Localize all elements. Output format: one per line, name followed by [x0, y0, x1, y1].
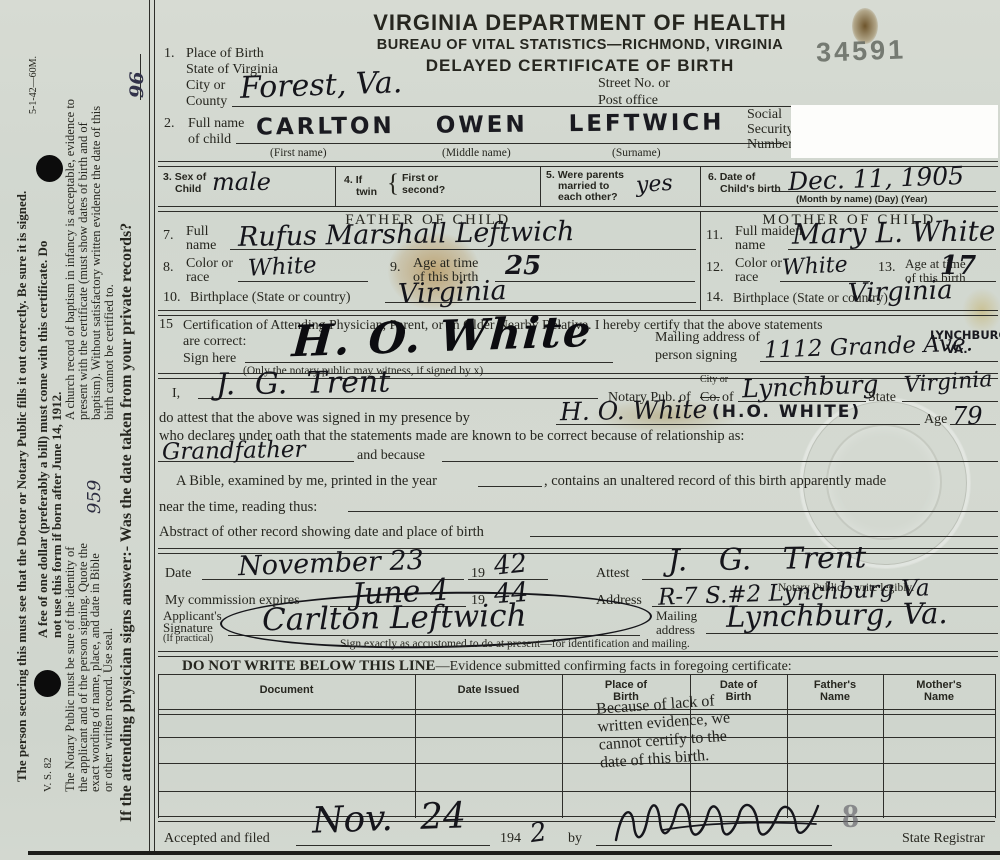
- s15-sign-here: Sign here: [183, 351, 236, 367]
- mother-name-l2: name: [735, 238, 765, 254]
- s15-number: 15: [159, 317, 173, 333]
- s1-street-label2: Post office: [598, 93, 658, 109]
- s2-value: CARLTON OWEN LEFTWICH: [256, 110, 725, 141]
- father-birthplace-value: Virginia: [397, 275, 507, 310]
- s6-label1: Date of: [720, 171, 756, 183]
- s2-ssn-label2: Security: [747, 122, 794, 138]
- mother-birthplace-value: Virginia: [848, 275, 954, 309]
- applicant-label3: (If practical): [163, 633, 213, 644]
- mother-n12: 12.: [706, 260, 724, 276]
- father-race-l2: race: [186, 270, 209, 286]
- s15-mailing-city1: LYNCHBURG: [930, 328, 1000, 342]
- notary-i-label: I,: [172, 386, 180, 402]
- relationship-value: Grandfather: [162, 437, 306, 466]
- s4-brace: {: [387, 170, 399, 198]
- s2-name-line: [236, 143, 784, 144]
- mother-race-l2: race: [735, 270, 758, 286]
- bible-year-line: [478, 486, 542, 487]
- s1-label-cityor: City or: [186, 78, 225, 94]
- table-row-line: [158, 763, 995, 764]
- s6-value: Dec. 11, 1905: [788, 161, 965, 196]
- s2-ssn-label1: Social: [747, 107, 782, 123]
- s4-label2: twin: [356, 186, 377, 198]
- divider-s3-s4: [335, 167, 336, 206]
- applicant-sign-caption: Sign exactly as accustomed to do at pres…: [340, 638, 690, 650]
- s4-q1: First or: [402, 172, 438, 184]
- accepted-date-line: [296, 845, 490, 846]
- notary-state-value: Virginia: [903, 367, 993, 398]
- s1-street-label1: Street No. or: [598, 76, 670, 92]
- father-n10: 10.: [163, 290, 181, 306]
- abstract-label: Abstract of other record showing date an…: [159, 524, 484, 541]
- state-registrar-label: State Registrar: [902, 831, 985, 847]
- notary-state-label: State: [868, 390, 896, 406]
- s2-cap-surname: (Surname): [612, 147, 661, 159]
- do-not-write-rest: —Evidence submitted confirming facts in …: [436, 659, 792, 674]
- sidebar-physician-question: If the attending physician signs answer:…: [118, 50, 144, 822]
- notary-name-value: J. G. Trent: [216, 364, 391, 402]
- footer-year-prefix: 194: [500, 831, 521, 847]
- registrar-number-stamp: 8: [842, 798, 859, 836]
- s15-mailing-city2: VA.: [946, 342, 968, 356]
- mailing-value: Lynchburg, Va.: [726, 596, 948, 634]
- s2-label2: of child: [188, 132, 231, 148]
- sidebar-form-code: V. S. 82: [42, 740, 56, 792]
- s5-number: 5.: [546, 169, 555, 181]
- notary-city-value: Lynchburg: [742, 370, 879, 404]
- s4-q2: second?: [402, 184, 445, 196]
- s6-label2: Child's birth: [720, 183, 781, 195]
- sidebar-note-fee: A fee of one dollar (preferably a bill) …: [36, 222, 66, 638]
- father-birthplace-label: Birthplace (State or country): [190, 290, 351, 306]
- abstract-line: [530, 536, 998, 537]
- punch-hole-bottom: [34, 670, 61, 697]
- s5-value: yes: [635, 171, 673, 199]
- table-row-line: [158, 791, 995, 792]
- s2-cap-middle: (Middle name): [442, 147, 511, 159]
- notary-attest-line: do attest that the above was signed in m…: [159, 410, 470, 427]
- s15-mailing-l1: Mailing address of: [655, 330, 760, 346]
- form-left-border: [149, 0, 155, 853]
- registrar-signature: [608, 796, 832, 850]
- notary-attest-caps: (H.O. WHITE): [712, 402, 861, 422]
- bureau-subtitle: BUREAU OF VITAL STATISTICS—RICHMOND, VIR…: [300, 37, 860, 53]
- s4-label1: If: [356, 174, 362, 186]
- page-title: VIRGINIA DEPARTMENT OF HEALTH: [300, 10, 860, 36]
- sidebar-note-church: A church record of baptism in infancy is…: [64, 82, 118, 420]
- applicant-signature: Carlton Leftwich: [262, 598, 527, 639]
- and-because-label: and because: [357, 448, 425, 464]
- sidebar-note-person: The person securing this must see that t…: [14, 42, 34, 782]
- mother-n13: 13.: [878, 260, 896, 276]
- notary-city-or-label: City or: [700, 374, 728, 385]
- footer-by-label: by: [568, 831, 582, 847]
- mother-race-value: White: [781, 252, 848, 280]
- table-header-mothers-name: Mother's Name: [883, 679, 995, 703]
- s3-value: male: [212, 168, 271, 196]
- attest-label: Attest: [596, 566, 629, 582]
- mother-n11: 11.: [706, 228, 723, 244]
- footer-year-suffix: 2: [528, 817, 549, 849]
- punch-hole-top: [36, 155, 63, 182]
- father-age-value: 25: [505, 251, 541, 281]
- bible-reading-line: [348, 511, 998, 512]
- s1-label-county: County: [186, 94, 227, 110]
- s3-number: 3.: [163, 171, 172, 183]
- s15-line2: are correct:: [183, 334, 246, 350]
- table-header-document: Document: [158, 684, 415, 696]
- do-not-write-heading: DO NOT WRITE BELOW THIS LINE: [182, 658, 436, 674]
- s3-label2: Child: [175, 183, 201, 195]
- date-label: Date: [165, 566, 191, 582]
- s15-mailing-l2: person signing: [655, 348, 737, 364]
- s1-value: Forest, Va.: [239, 65, 402, 106]
- certificate-document: The person securing this must see that t…: [0, 0, 1000, 860]
- s2-ssn-label3: Number: [747, 137, 793, 153]
- accepted-label: Accepted and filed: [164, 831, 270, 847]
- s2-cap-first: (First name): [270, 147, 327, 159]
- table-bottom-rule: [158, 816, 995, 822]
- and-because-line: [442, 461, 998, 462]
- sidebar-print-run: 5-1-42—60M.: [28, 50, 40, 114]
- s2-label1: Full name: [188, 116, 244, 132]
- ssn-redaction-box: [791, 105, 998, 158]
- rule-below-row3-6: [158, 206, 998, 212]
- table-vline: [995, 674, 996, 818]
- attest-signature: J. G. Trent: [668, 540, 867, 578]
- father-n9: 9.: [390, 260, 401, 276]
- s4-number: 4.: [344, 174, 353, 186]
- s6-caption: (Month by name) (Day) (Year): [796, 194, 927, 205]
- table-header-date-issued: Date Issued: [415, 684, 562, 696]
- father-name-value: Rufus Marshall Leftwich: [238, 216, 575, 253]
- mother-name-value: Mary L. White: [792, 214, 996, 251]
- father-age-line: [495, 281, 695, 282]
- bible-line2: , contains an unaltered record of this b…: [544, 473, 886, 490]
- notary-attest-value: H. O. White: [560, 395, 708, 427]
- mailing-label2: address: [656, 622, 695, 638]
- bible-line3: near the time, reading thus:: [159, 499, 317, 516]
- mother-n14: 14.: [706, 290, 724, 306]
- father-name-l2: name: [186, 238, 216, 254]
- s3-label1: Sex of: [175, 171, 207, 183]
- notary-age-value: 79: [952, 402, 983, 430]
- s5-label3: each other?: [558, 191, 618, 203]
- s1-label-place: Place of Birth: [186, 46, 264, 62]
- file-number-stamp: 34591: [815, 34, 906, 68]
- table-top-border: [158, 674, 995, 675]
- s6-number: 6.: [708, 171, 717, 183]
- divider-s5-s6: [700, 167, 701, 206]
- refusal-stamp: Because of lack of written evidence, we …: [596, 691, 734, 772]
- accepted-date-value: Nov. 24: [311, 795, 466, 841]
- notary-age-label: Age: [924, 412, 947, 428]
- table-header-fathers-name: Father's Name: [787, 679, 883, 703]
- s2-number: 2.: [164, 116, 175, 132]
- form-bottom-border: [28, 851, 1000, 855]
- father-race-value: White: [247, 252, 317, 282]
- father-n8: 8.: [163, 260, 174, 276]
- rule-below-applicant: [158, 651, 998, 657]
- sidebar-handwritten-959: 959: [84, 454, 106, 514]
- s1-number: 1.: [164, 46, 175, 62]
- divider-s4-s5: [540, 167, 541, 206]
- father-n7: 7.: [163, 228, 174, 244]
- notary-state-line: [902, 401, 998, 402]
- table-row-line: [158, 737, 995, 738]
- bible-line1: A Bible, examined by me, printed in the …: [176, 473, 437, 490]
- sidebar-answer-96: 96: [126, 48, 150, 98]
- table-header-rule: [158, 709, 995, 715]
- s15-signature: H. O. White: [290, 307, 594, 368]
